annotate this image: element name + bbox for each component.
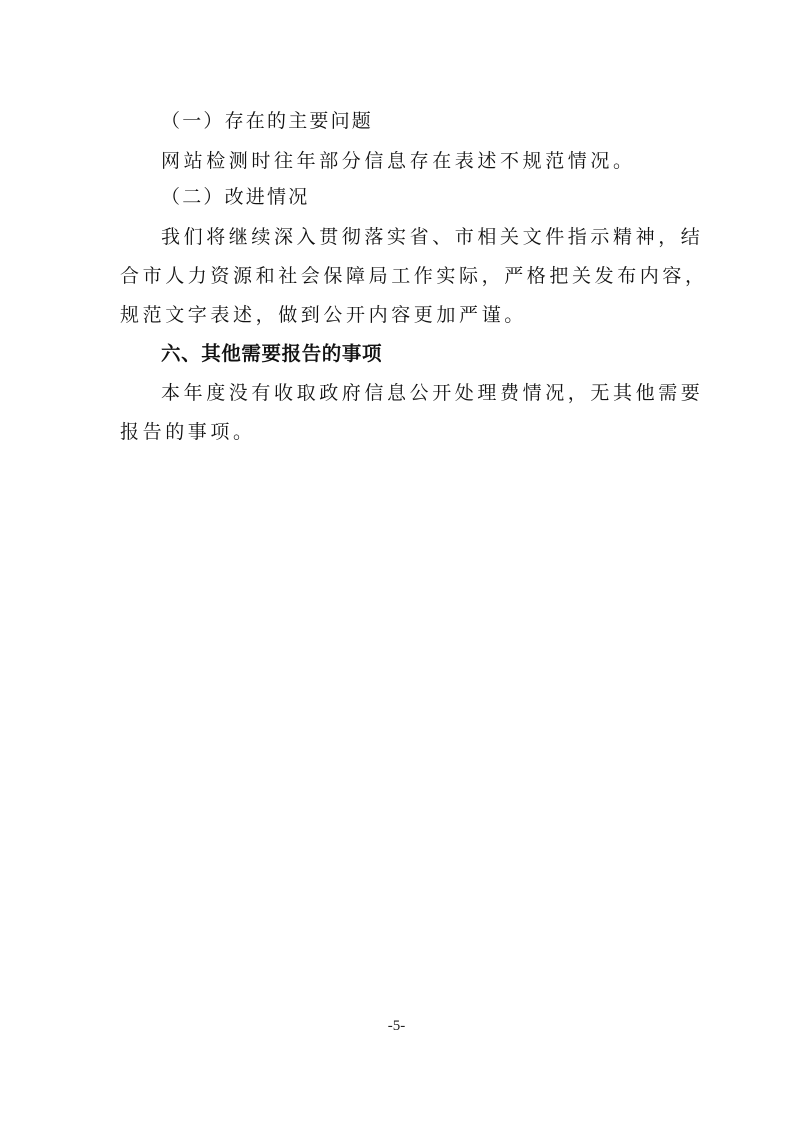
document-page: （一）存在的主要问题 网站检测时往年部分信息存在表述不规范情况。 （二）改进情况… [0,0,793,1122]
paragraph-other-matters-line-1: 本年度没有收取政府信息公开处理费情况，无其他需要 [161,381,703,405]
paragraph-improvements-line-2: 合市人力资源和社会保障局工作实际，严格把关发布内容， [120,264,708,288]
paragraph-other-matters-line-2: 报告的事项。 [120,420,256,444]
subsection-heading-problems: （一）存在的主要问题 [161,109,373,133]
paragraph-improvements-line-1: 我们将继续深入贯彻落实省、市相关文件指示精神，结 [161,225,703,249]
section-heading-other-matters: 六、其他需要报告的事项 [161,342,382,366]
subsection-heading-improvements: （二）改进情况 [161,185,309,209]
paragraph-problems-line-1: 网站检测时往年部分信息存在表述不规范情况。 [161,149,636,173]
paragraph-improvements-line-3: 规范文字表述，做到公开内容更加严谨。 [120,303,527,327]
page-number: -5- [0,1018,793,1035]
